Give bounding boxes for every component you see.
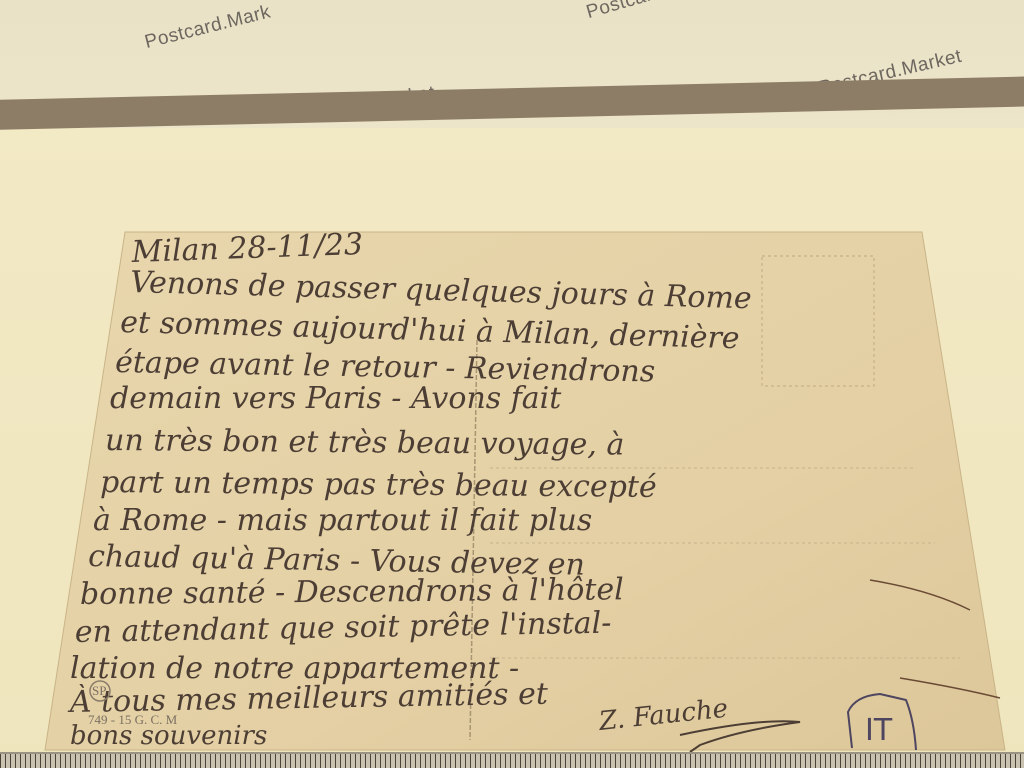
corner-mark-text: IT	[865, 713, 893, 748]
measuring-ruler	[0, 752, 1024, 768]
postcard: Milan 28-11/23 Venons de passer quelques…	[0, 0, 1024, 768]
handwriting-line: demain vers Paris - Avons fait	[110, 381, 562, 416]
handwriting-line: part un temps pas très beau excepté	[100, 465, 657, 505]
handwriting-line: un très bon et très beau voyage, à	[105, 423, 625, 463]
handwriting-line: à Rome - mais partout il fait plus	[93, 503, 592, 538]
publisher-logo-text: SP	[92, 683, 106, 698]
publisher-imprint: 749 - 15 G. C. M	[88, 712, 178, 727]
